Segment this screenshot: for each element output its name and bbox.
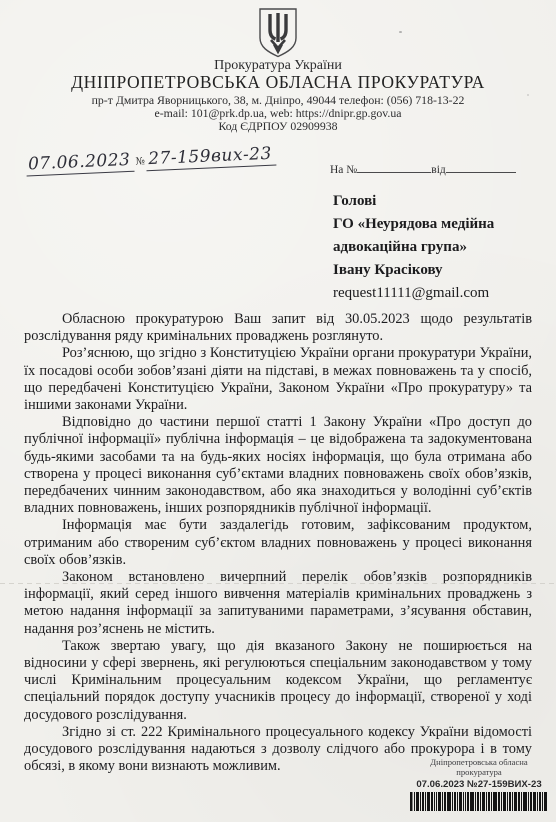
scanned-letter-page: Прокуратура України ДНІПРОПЕТРОВСЬКА ОБЛ… — [0, 0, 556, 822]
number-sign: № — [135, 156, 145, 167]
reply-na-label: На № — [330, 164, 357, 176]
letter-body: Обласною прокуратурою Ваш запит від 30.0… — [24, 311, 532, 775]
reply-number-blank — [357, 161, 431, 173]
recipient-email: request11111@gmail.com — [333, 282, 533, 305]
recipient-line: Голові — [333, 190, 533, 213]
handwritten-date: 07.06.2023 — [26, 150, 135, 177]
body-paragraph: Також звертаю увагу, що дія вказаного За… — [24, 638, 532, 724]
stamp-org-line2: прокуратура — [404, 767, 554, 777]
body-paragraph: Законом встановлено вичерпний перелік об… — [24, 569, 532, 638]
registration-stamp: Дніпропетровська обласна прокуратура 07.… — [404, 757, 554, 811]
handwritten-number: 27-159вих-23 — [146, 144, 276, 172]
body-paragraph: Обласною прокуратурою Ваш запит від 30.0… — [24, 311, 532, 345]
stamp-reference: 07.06.2023 №27-159ВИХ-23 — [404, 779, 554, 790]
recipient-block: Голові ГО «Неурядова медійна адвокаційна… — [333, 190, 533, 305]
reply-reference-row: На №від — [330, 161, 516, 176]
scan-speck — [527, 94, 529, 96]
stamp-org-line1: Дніпропетровська обласна — [404, 757, 554, 767]
scan-speck — [399, 31, 402, 33]
recipient-line: ГО «Неурядова медійна — [333, 213, 533, 236]
body-paragraph: Відповідно до частини першої статті 1 За… — [24, 414, 532, 517]
barcode-icon — [410, 792, 548, 811]
handwritten-outgoing-reference: 07.06.2023№27-159вих-23 — [26, 144, 277, 175]
recipient-line: адвокаційна група» — [333, 236, 533, 259]
scan-line-artifact — [0, 583, 556, 584]
reply-date-blank — [446, 161, 516, 173]
recipient-line: Івану Красікову — [333, 259, 533, 282]
ukraine-trident-emblem-icon — [257, 8, 299, 58]
body-paragraph: Роз’яснюю, що згідно з Конституцією Укра… — [24, 345, 532, 414]
org-name: ДНІПРОПЕТРОВСЬКА ОБЛАСНА ПРОКУРАТУРА — [0, 72, 556, 93]
org-edrpou-code: Код ЄДРПОУ 02909938 — [0, 119, 556, 134]
reply-vid-label: від — [431, 164, 445, 176]
body-paragraph: Інформація має бути заздалегідь готовим,… — [24, 517, 532, 569]
